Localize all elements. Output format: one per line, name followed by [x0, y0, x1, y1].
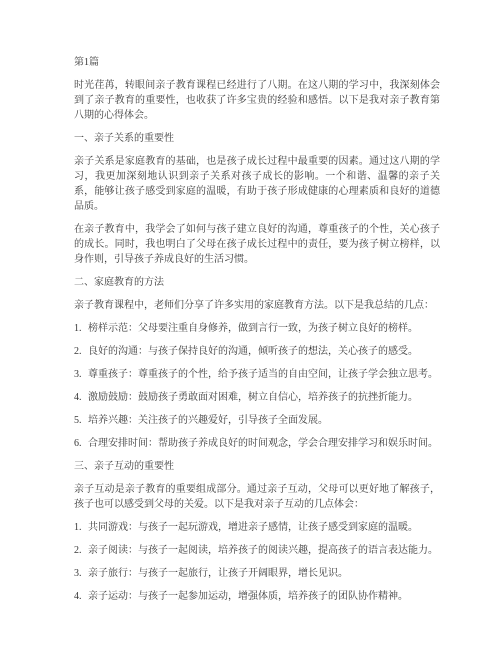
list-item: 4. 激励鼓励：鼓励孩子勇敢面对困难，树立自信心，培养孩子的抗挫折能力。: [74, 390, 440, 405]
section3-lead-paragraph: 亲子互动是亲子教育的重要组成部分。通过亲子互动，父母可以更好地了解孩子，孩子也可…: [74, 482, 440, 512]
list-item-text: 共同游戏：与孩子一起玩游戏，增进亲子感情，让孩子感受到家庭的温暖。: [88, 520, 440, 535]
list-item: 4. 亲子运动：与孩子一起参加运动，增强体质，培养孩子的团队协作精神。: [74, 589, 440, 604]
section2-heading: 二、家庭教育的方法: [74, 275, 440, 290]
list-item-number: 2.: [74, 543, 88, 558]
list-item-text: 培养兴趣：关注孩子的兴趣爱好，引导孩子全面发展。: [88, 413, 440, 428]
list-item-text: 良好的沟通：与孩子保持良好的沟通，倾听孩子的想法，关心孩子的感受。: [88, 344, 440, 359]
list-item: 3. 亲子旅行：与孩子一起旅行，让孩子开阔眼界，增长见识。: [74, 566, 440, 581]
list-item: 6. 合理安排时间：帮助孩子养成良好的时间观念，学会合理安排学习和娱乐时间。: [74, 436, 440, 451]
list-item-number: 2.: [74, 344, 88, 359]
list-item: 2. 良好的沟通：与孩子保持良好的沟通，倾听孩子的想法，关心孩子的感受。: [74, 344, 440, 359]
list-item-text: 亲子旅行：与孩子一起旅行，让孩子开阔眼界，增长见识。: [88, 566, 440, 581]
list-item-number: 1.: [74, 520, 88, 535]
intro-paragraph: 时光荏苒，转眼间亲子教育课程已经进行了八期。在这八期的学习中，我深刻体会到了亲子…: [74, 78, 440, 123]
section1-paragraph-1: 亲子关系是家庭教育的基础，也是孩子成长过程中最重要的因素。通过这八期的学习，我更…: [74, 154, 440, 214]
list-item: 1. 榜样示范：父母要注重自身修养，做到言行一致，为孩子树立良好的榜样。: [74, 321, 440, 336]
list-item-text: 亲子运动：与孩子一起参加运动，增强体质，培养孩子的团队协作精神。: [88, 589, 440, 604]
list-item-text: 激励鼓励：鼓励孩子勇敢面对困难，树立自信心，培养孩子的抗挫折能力。: [88, 390, 440, 405]
list-item: 5. 培养兴趣：关注孩子的兴趣爱好，引导孩子全面发展。: [74, 413, 440, 428]
document-page: 第1篇 时光荏苒，转眼间亲子教育课程已经进行了八期。在这八期的学习中，我深刻体会…: [0, 0, 502, 649]
list-item-number: 4.: [74, 589, 88, 604]
list-item-number: 5.: [74, 413, 88, 428]
document-title: 第1篇: [74, 55, 440, 70]
list-item-number: 4.: [74, 390, 88, 405]
section1-paragraph-2: 在亲子教育中，我学会了如何与孩子建立良好的沟通，尊重孩子的个性，关心孩子的成长。…: [74, 222, 440, 267]
list-item-text: 合理安排时间：帮助孩子养成良好的时间观念，学会合理安排学习和娱乐时间。: [88, 436, 440, 451]
section1-heading: 一、亲子关系的重要性: [74, 131, 440, 146]
list-item: 2. 亲子阅读：与孩子一起阅读，培养孩子的阅读兴趣，提高孩子的语言表达能力。: [74, 543, 440, 558]
list-item-text: 亲子阅读：与孩子一起阅读，培养孩子的阅读兴趣，提高孩子的语言表达能力。: [88, 543, 440, 558]
list-item-number: 1.: [74, 321, 88, 336]
section2-lead-paragraph: 亲子教育课程中，老师们分享了许多实用的家庭教育方法。以下是我总结的几点：: [74, 298, 440, 313]
section2-numbered-list: 1. 榜样示范：父母要注重自身修养，做到言行一致，为孩子树立良好的榜样。 2. …: [74, 321, 440, 451]
list-item-number: 3.: [74, 566, 88, 581]
list-item: 3. 尊重孩子：尊重孩子的个性，给予孩子适当的自由空间，让孩子学会独立思考。: [74, 367, 440, 382]
list-item: 1. 共同游戏：与孩子一起玩游戏，增进亲子感情，让孩子感受到家庭的温暖。: [74, 520, 440, 535]
list-item-text: 尊重孩子：尊重孩子的个性，给予孩子适当的自由空间，让孩子学会独立思考。: [88, 367, 440, 382]
list-item-text: 榜样示范：父母要注重自身修养，做到言行一致，为孩子树立良好的榜样。: [88, 321, 440, 336]
section3-numbered-list: 1. 共同游戏：与孩子一起玩游戏，增进亲子感情，让孩子感受到家庭的温暖。 2. …: [74, 520, 440, 604]
section3-heading: 三、亲子互动的重要性: [74, 459, 440, 474]
list-item-number: 6.: [74, 436, 88, 451]
list-item-number: 3.: [74, 367, 88, 382]
